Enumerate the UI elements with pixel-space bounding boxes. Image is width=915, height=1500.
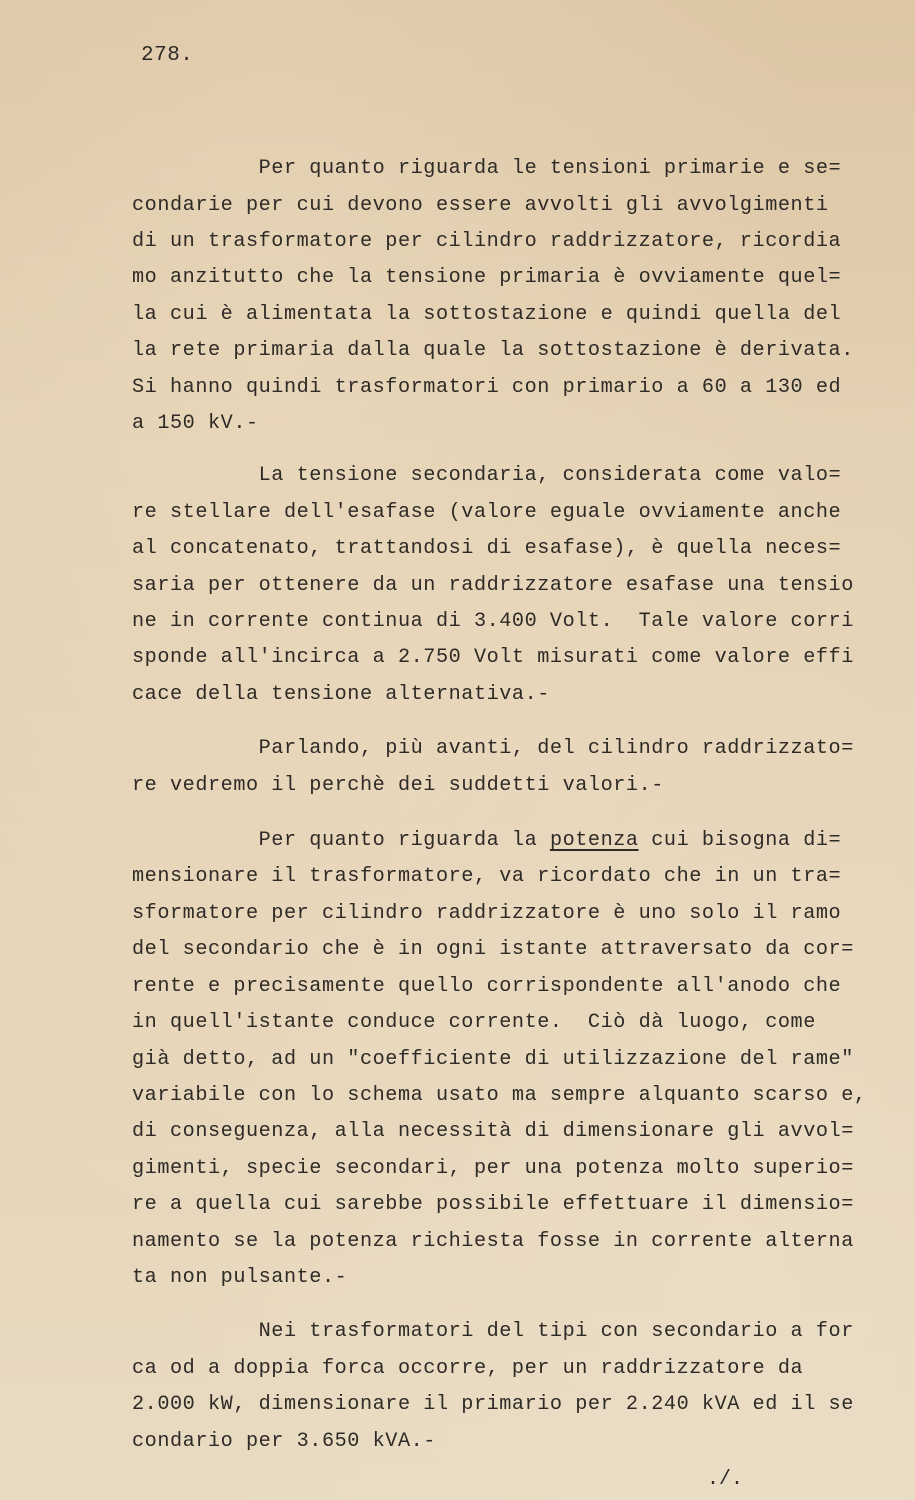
text-segment: cui bisogna di= — [639, 829, 842, 852]
text-line: la cui è alimentata la sottostazione e q… — [132, 305, 841, 325]
underlined-word: potenza — [550, 829, 639, 852]
text-line: Per quanto riguarda la potenza cui bisog… — [132, 831, 841, 851]
text-line: di un trasformatore per cilindro raddriz… — [132, 232, 841, 252]
text-line: di conseguenza, alla necessità di dimens… — [132, 1122, 854, 1142]
text-line: Nei trasformatori del tipi con secondari… — [132, 1322, 854, 1342]
page-number: 278. — [141, 44, 193, 67]
text-line: sponde all'incirca a 2.750 Volt misurati… — [132, 648, 854, 668]
text-line: in quell'istante conduce corrente. Ciò d… — [132, 1013, 816, 1033]
text-line: ca od a doppia forca occorre, per un rad… — [132, 1359, 803, 1379]
text-line: sformatore per cilindro raddrizzatore è … — [132, 904, 841, 924]
text-line: saria per ottenere da un raddrizzatore e… — [132, 576, 854, 596]
text-line: Si hanno quindi trasformatori con primar… — [132, 378, 841, 398]
text-line: cace della tensione alternativa.- — [132, 685, 550, 705]
text-line: namento se la potenza richiesta fosse in… — [132, 1232, 854, 1252]
text-line: già detto, ad un "coefficiente di utiliz… — [132, 1050, 854, 1070]
text-line: re a quella cui sarebbe possibile effett… — [132, 1195, 854, 1215]
text-line: La tensione secondaria, considerata come… — [132, 466, 841, 486]
text-segment: Per quanto riguarda la — [132, 829, 550, 852]
text-line: ne in corrente continua di 3.400 Volt. T… — [132, 612, 854, 632]
text-line: mensionare il trasformatore, va ricordat… — [132, 867, 841, 887]
text-line: a 150 kV.- — [132, 414, 259, 434]
text-line: gimenti, specie secondari, per una poten… — [132, 1159, 854, 1179]
continuation-mark: ./. — [707, 1468, 743, 1491]
text-line: mo anzitutto che la tensione primaria è … — [132, 268, 841, 288]
text-line: al concatenato, trattandosi di esafase),… — [132, 539, 841, 559]
text-line: Per quanto riguarda le tensioni primarie… — [132, 159, 841, 179]
text-line: variabile con lo schema usato ma sempre … — [132, 1086, 867, 1106]
text-line: rente e precisamente quello corrisponden… — [132, 977, 841, 997]
text-line: 2.000 kW, dimensionare il primario per 2… — [132, 1395, 854, 1415]
text-line: la rete primaria dalla quale la sottosta… — [132, 341, 854, 361]
text-line: re vedremo il perchè dei suddetti valori… — [132, 776, 664, 796]
text-line: Parlando, più avanti, del cilindro raddr… — [132, 739, 854, 759]
text-line: condarie per cui devono essere avvolti g… — [132, 196, 829, 216]
text-line: del secondario che è in ogni istante att… — [132, 940, 854, 960]
text-line: ta non pulsante.- — [132, 1268, 347, 1288]
text-line: condario per 3.650 kVA.- — [132, 1432, 436, 1452]
text-line: re stellare dell'esafase (valore eguale … — [132, 503, 841, 523]
